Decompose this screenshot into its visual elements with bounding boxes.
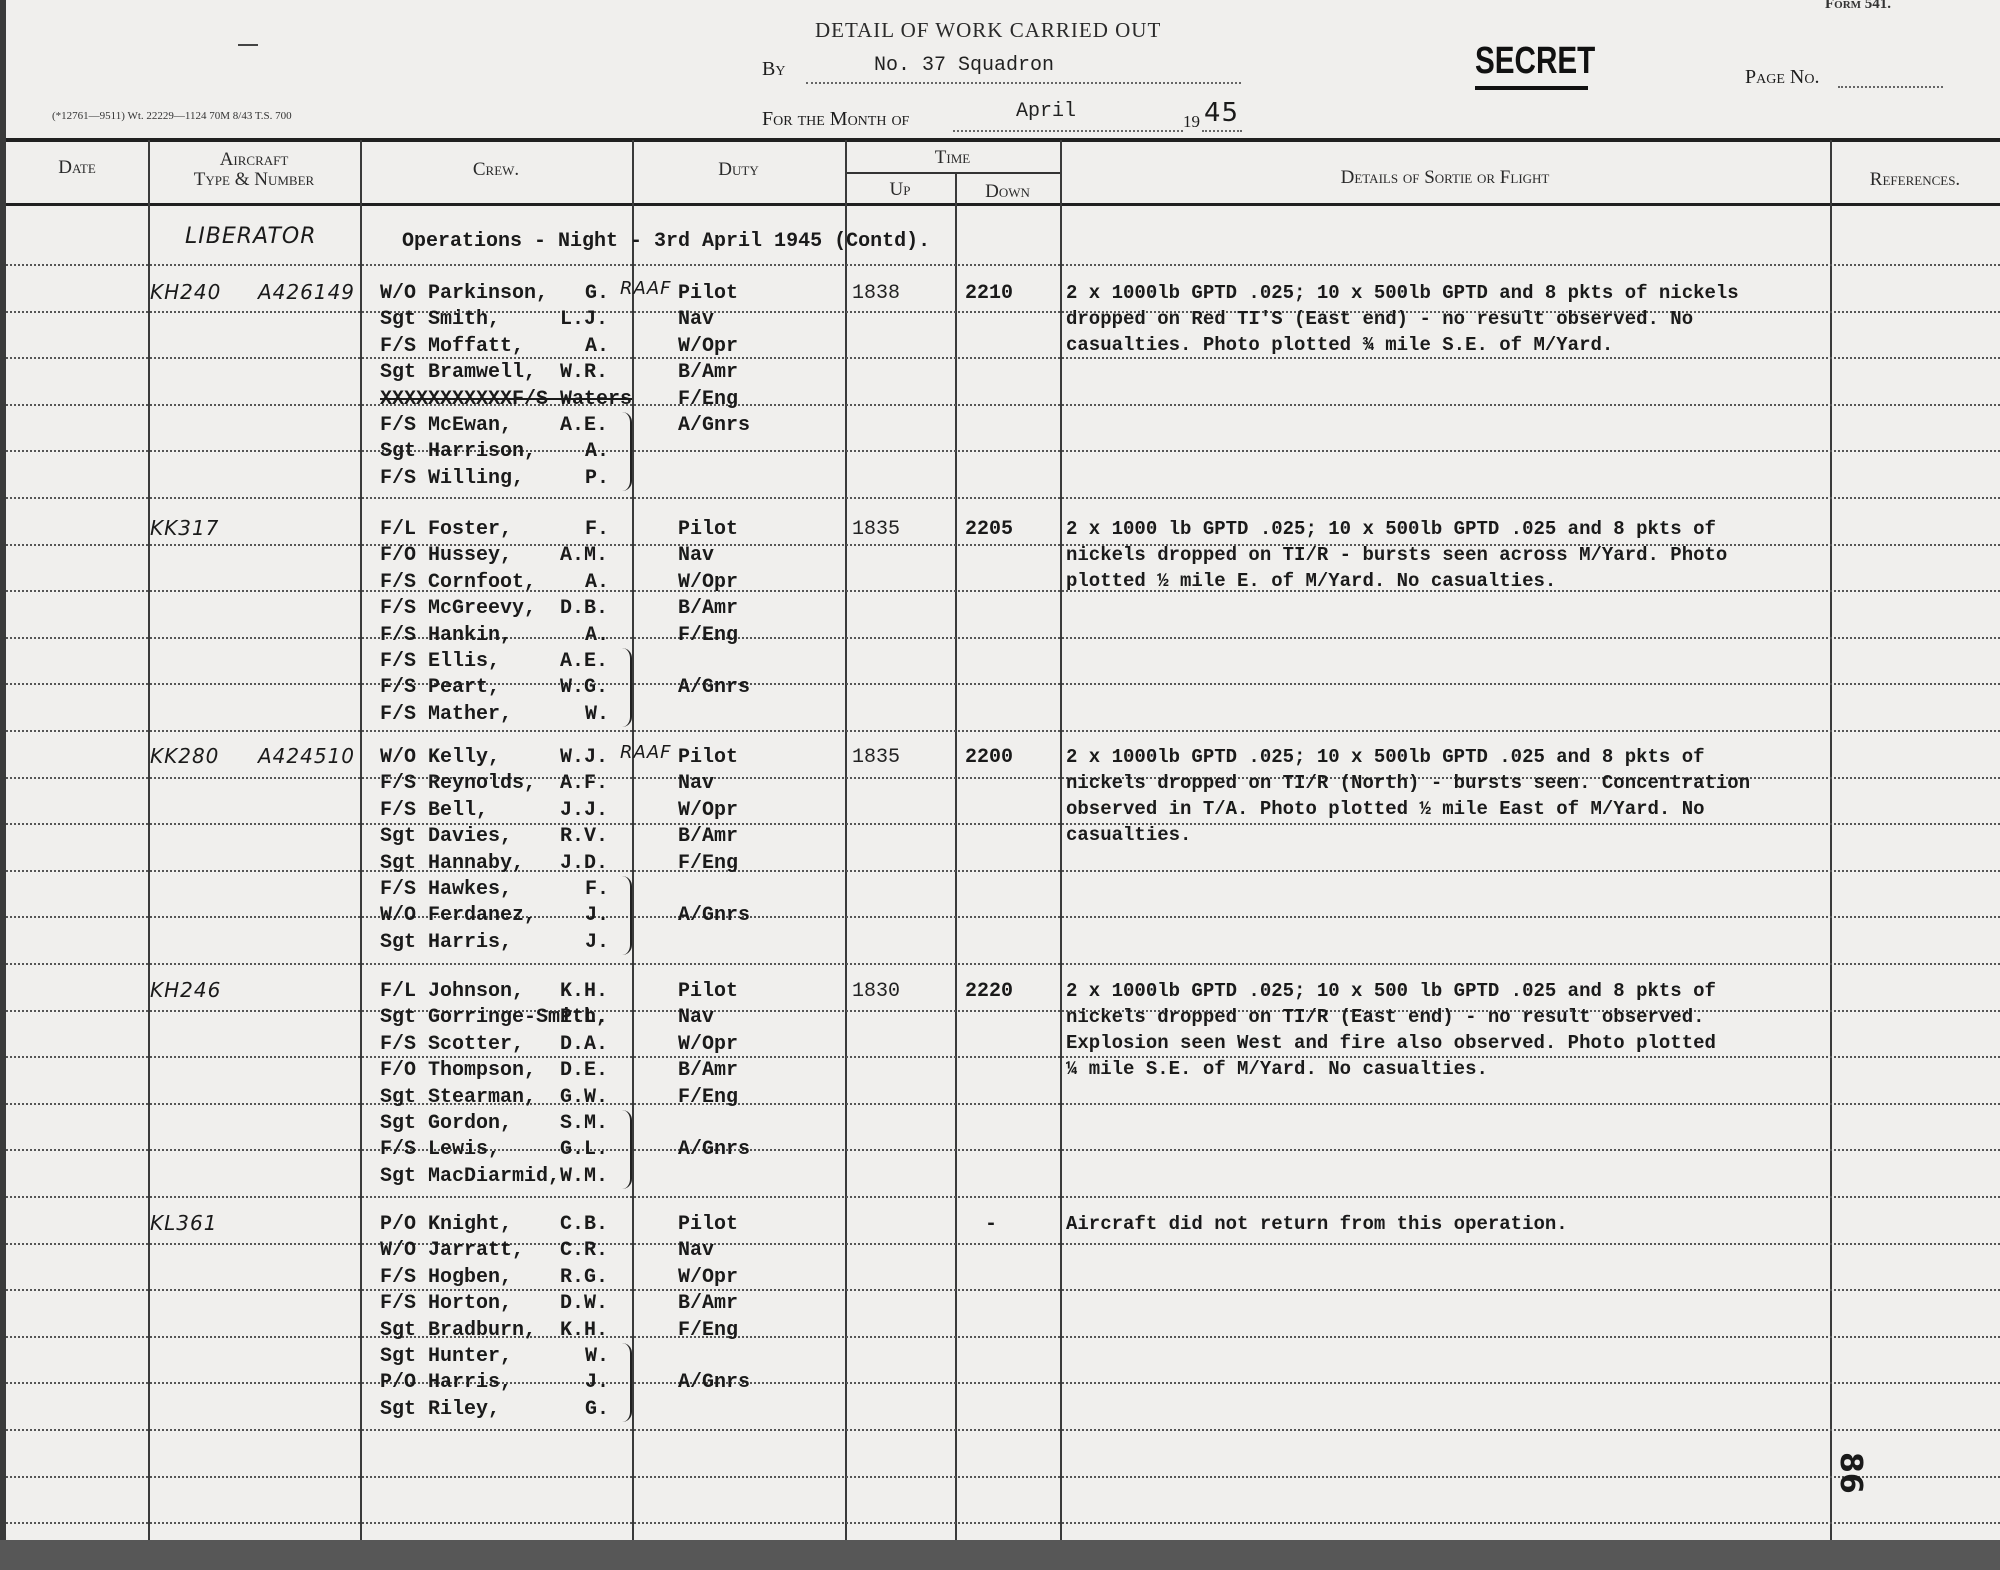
ruled-line	[6, 311, 2000, 313]
crew-name-text: F/S Hankin,	[380, 624, 512, 647]
col-divider-duty	[845, 140, 847, 1540]
crew-name-text: Sgt Riley,	[380, 1398, 500, 1421]
sortie-detail-line: 2 x 1000lb GPTD .025; 10 x 500lb GPTD an…	[1066, 282, 1739, 304]
crew-name-text: Sgt Hannaby,	[380, 852, 524, 875]
crew-name-text: F/L Johnson,	[380, 980, 524, 1003]
crew-member-name: Sgt Smith,	[380, 308, 500, 331]
ruled-line	[6, 823, 2000, 825]
col-divider-aircraft	[360, 140, 362, 1540]
crew-member-name: F/S Bell,	[380, 799, 488, 822]
table-top-rule	[6, 138, 2000, 142]
aircraft-number: KK280	[150, 744, 219, 768]
crew-duty: Nav	[678, 544, 714, 567]
crew-member-name: F/S McEwan,	[380, 414, 512, 437]
crew-initials: D.W.	[560, 1292, 608, 1315]
crew-name-text: F/O Thompson,	[380, 1059, 536, 1082]
crew-initials: A.F.	[560, 772, 608, 795]
crew-member-name: F/S Mather,	[380, 703, 512, 726]
crew-member-name: Sgt Riley,	[380, 1398, 500, 1421]
crew-duty: F/Eng	[678, 388, 738, 411]
crew-duty: A/Gnrs	[678, 676, 750, 699]
crew-name-text: F/S Scotter,	[380, 1033, 524, 1056]
crew-member-name: XXXXXXXXXXXF/S Waters	[380, 388, 632, 411]
sortie-detail-line: Aircraft did not return from this operat…	[1066, 1213, 1568, 1235]
time-up: 1830	[852, 980, 900, 1003]
crew-initials: G.	[585, 1398, 609, 1421]
crew-initials: G.L.	[560, 1138, 608, 1161]
folio-stamp: 86	[1833, 1452, 1868, 1494]
year-prefix: 19	[1183, 112, 1200, 132]
sortie-detail-line: nickels dropped on TI/R - bursts seen ac…	[1066, 544, 1727, 566]
unit-field: No. 37 Squadron	[806, 52, 1241, 84]
sortie-detail-line: dropped on Red TI'S (East end) - no resu…	[1066, 308, 1693, 330]
crew-initials: J.	[585, 1371, 609, 1394]
crew-initials: C.B.	[560, 1213, 608, 1236]
crew-member-name: Sgt Harris,	[380, 931, 512, 954]
crew-duty: F/Eng	[678, 624, 738, 647]
sortie-detail-line: nickels dropped on TI/R (East end) - no …	[1066, 1006, 1705, 1028]
crew-duty: A/Gnrs	[678, 1371, 750, 1394]
col-divider-details	[1830, 140, 1832, 1540]
crew-duty: B/Amr	[678, 1059, 738, 1082]
crew-duty: Pilot	[678, 746, 738, 769]
crew-initials: A.	[585, 624, 609, 647]
ruled-line	[6, 1103, 2000, 1105]
time-up: 1835	[852, 746, 900, 769]
column-header-down: Down	[955, 182, 1060, 202]
ruled-line	[6, 916, 2000, 918]
column-header-duty: Duty	[632, 160, 845, 180]
crew-member-name: F/S Hankin,	[380, 624, 512, 647]
sortie-detail-line: observed in T/A. Photo plotted ½ mile Ea…	[1066, 798, 1705, 820]
crew-member-name: F/S McGreevy,	[380, 597, 536, 620]
crew-name-text: F/S Reynolds,	[380, 772, 536, 795]
crew-duty: W/Opr	[678, 1266, 738, 1289]
month-field: April	[953, 100, 1183, 132]
unit-value: No. 37 Squadron	[874, 54, 1054, 77]
crew-duty: F/Eng	[678, 852, 738, 875]
crew-name-text: F/S McGreevy,	[380, 597, 536, 620]
crew-member-name: F/S Hogben,	[380, 1266, 512, 1289]
aircraft-number: KL361	[150, 1211, 217, 1235]
crew-name-text: F/S Lewis,	[380, 1138, 500, 1161]
ruled-line	[6, 264, 2000, 266]
column-header-crew: Crew.	[360, 160, 632, 180]
col-divider-crew	[632, 140, 634, 1540]
crew-initials: K.H.	[560, 980, 608, 1003]
ruled-line	[6, 1336, 2000, 1338]
crew-name-text: W/O Kelly,	[380, 746, 500, 769]
ruled-line	[6, 590, 2000, 592]
ruled-line	[6, 870, 2000, 872]
document-title: DETAIL OF WORK CARRIED OUT	[815, 18, 1161, 43]
crew-member-name: Sgt Bradburn,	[380, 1319, 536, 1342]
page-number-label: Page No.	[1745, 66, 1819, 89]
crew-initials: W.R.	[560, 361, 608, 384]
crew-name-text: F/L Foster,	[380, 518, 512, 541]
crew-duty: B/Amr	[678, 597, 738, 620]
crew-name-text: Sgt Stearman,	[380, 1086, 536, 1109]
crew-member-name: Sgt Davies,	[380, 825, 512, 848]
crew-member-name: W/O Kelly,	[380, 746, 500, 769]
crew-name-text: Sgt Bramwell,	[380, 361, 536, 384]
ruled-line	[6, 637, 2000, 639]
crew-member-name: Sgt MacDiarmid,	[380, 1165, 560, 1188]
ruled-line	[6, 450, 2000, 452]
time-down: -	[985, 1213, 997, 1236]
crew-member-name: F/S Reynolds,	[380, 772, 536, 795]
crew-initials: W.M.	[560, 1165, 608, 1188]
crew-initials: W.J.	[560, 746, 608, 769]
secret-underline	[1475, 86, 1588, 90]
gunners-brace	[622, 412, 632, 491]
crew-initials: R.G.	[560, 1266, 608, 1289]
crew-initials: A.E.	[560, 650, 608, 673]
crew-name-text: F/S Moffatt,	[380, 335, 524, 358]
crew-initials: D.E.	[560, 1059, 608, 1082]
crew-member-name: Sgt Hunter,	[380, 1345, 512, 1368]
crew-duty: B/Amr	[678, 361, 738, 384]
crew-name-text: F/S Hawkes,	[380, 878, 512, 901]
aircraft-number: KH240	[150, 280, 221, 304]
crew-initials: R.V.	[560, 825, 608, 848]
crew-member-name: F/S Willing,	[380, 467, 524, 490]
sortie-detail-line: casualties. Photo plotted ¾ mile S.E. of…	[1066, 334, 1613, 356]
crew-member-name: Sgt Hannaby,	[380, 852, 524, 875]
crew-duty: Pilot	[678, 282, 738, 305]
crew-name-text: F/O Hussey,	[380, 544, 512, 567]
ruled-line	[6, 1429, 2000, 1431]
crew-member-name: W/O Jarratt,	[380, 1239, 524, 1262]
crew-duty: W/Opr	[678, 335, 738, 358]
crew-initials: W.	[585, 1345, 609, 1368]
crew-note: RAAF	[620, 742, 672, 763]
crew-initials: A.E.	[560, 414, 608, 437]
crew-initials: A.M.	[560, 544, 608, 567]
crew-initials: J.	[585, 904, 609, 927]
crew-initials: K.H.	[560, 1319, 608, 1342]
ruled-line	[6, 1476, 2000, 1478]
crew-name-text: F/S Cornfoot,	[380, 571, 536, 594]
ruled-line	[6, 1289, 2000, 1291]
crew-name-text: Sgt Hunter,	[380, 1345, 512, 1368]
crew-initials: F.	[585, 518, 609, 541]
time-up: 1838	[852, 282, 900, 305]
col-divider-date	[148, 140, 150, 1540]
time-down: 2205	[965, 518, 1013, 541]
crew-duty: Nav	[678, 308, 714, 331]
ruled-line	[6, 1149, 2000, 1151]
crew-member-name: F/S Cornfoot,	[380, 571, 536, 594]
ruled-line	[6, 1522, 2000, 1524]
crew-member-name: F/O Hussey,	[380, 544, 512, 567]
crew-member-name: F/S Ellis,	[380, 650, 500, 673]
crew-initials: S.M.	[560, 1112, 608, 1135]
gunners-brace	[622, 1343, 632, 1422]
time-up: 1835	[852, 518, 900, 541]
crew-duty: F/Eng	[678, 1086, 738, 1109]
crew-member-name: F/S Horton,	[380, 1292, 512, 1315]
crew-name-text: Sgt Bradburn,	[380, 1319, 536, 1342]
crew-initials: W.	[585, 703, 609, 726]
crew-duty: Pilot	[678, 518, 738, 541]
crew-duty: A/Gnrs	[678, 414, 750, 437]
sortie-detail-line: casualties.	[1066, 824, 1191, 846]
ruled-line	[6, 1196, 2000, 1198]
crew-initials: J.J.	[560, 799, 608, 822]
gunners-brace	[622, 648, 632, 727]
ruled-line	[6, 963, 2000, 965]
crew-name-text: F/S Willing,	[380, 467, 524, 490]
form-number: Form 541.	[1825, 0, 1891, 13]
crew-name-text: P/O Harris,	[380, 1371, 512, 1394]
crew-initials: J.D.	[560, 852, 608, 875]
crew-member-name: W/O Ferdanez,	[380, 904, 536, 927]
column-header-aircraft-line1: Aircraft	[148, 150, 360, 170]
crew-initials: D.A.	[560, 1033, 608, 1056]
sortie-detail-line: nickels dropped on TI/R (North) - bursts…	[1066, 772, 1750, 794]
aircraft-type-handwritten: LIBERATOR	[185, 224, 317, 249]
crew-name-text: Sgt Smith,	[380, 308, 500, 331]
year-field: 45	[1202, 100, 1242, 132]
crew-duty: Pilot	[678, 980, 738, 1003]
crew-member-name: Sgt Stearman,	[380, 1086, 536, 1109]
crew-initials: G.	[585, 282, 609, 305]
crew-name-text: F/S Horton,	[380, 1292, 512, 1315]
column-header-references: References.	[1830, 170, 2000, 190]
crew-member-name: F/L Johnson,	[380, 980, 524, 1003]
crew-duty: F/Eng	[678, 1319, 738, 1342]
crew-duty: Pilot	[678, 1213, 738, 1236]
ruled-line	[6, 404, 2000, 406]
crew-duty: B/Amr	[678, 825, 738, 848]
ruled-line	[6, 357, 2000, 359]
crew-duty: Nav	[678, 1239, 714, 1262]
crew-initials: A.	[585, 571, 609, 594]
crew-duty: B/Amr	[678, 1292, 738, 1315]
crew-member-name: F/O Thompson,	[380, 1059, 536, 1082]
crew-name-text: W/O Parkinson,	[380, 282, 548, 305]
page-number-field	[1838, 62, 1943, 88]
ink-mark	[238, 44, 258, 46]
crew-initials: C.R.	[560, 1239, 608, 1262]
crew-member-name: F/S Peart,	[380, 676, 500, 699]
crew-initials: L.J.	[560, 308, 608, 331]
crew-duty: A/Gnrs	[678, 1138, 750, 1161]
crew-member-name: F/L Foster,	[380, 518, 512, 541]
sortie-detail-line: Explosion seen West and fire also observ…	[1066, 1032, 1716, 1054]
service-number: A426149	[258, 280, 355, 304]
print-code: (*12761—9511) Wt. 22229—1124 70M 8/43 T.…	[52, 110, 292, 122]
month-label: For the Month of	[762, 108, 909, 131]
ruled-line	[6, 730, 2000, 732]
crew-duty: W/Opr	[678, 799, 738, 822]
crew-initials: W.G.	[560, 676, 608, 699]
column-header-time: Time	[845, 148, 1060, 168]
column-header-details: Details of Sortie or Flight	[1060, 168, 1830, 188]
crew-name-text: F/S Bell,	[380, 799, 488, 822]
crew-name-text: Sgt Harrison,	[380, 440, 536, 463]
service-number: A424510	[258, 744, 355, 768]
crew-member-name: Sgt Harrison,	[380, 440, 536, 463]
month-value: April	[1016, 100, 1076, 123]
crew-name-text: Sgt Gordon,	[380, 1112, 512, 1135]
crew-name-text: F/S Mather,	[380, 703, 512, 726]
gunners-brace	[622, 1110, 632, 1189]
crew-member-name: Sgt Bramwell,	[380, 361, 536, 384]
sortie-detail-line: 2 x 1000lb GPTD .025; 10 x 500lb GPTD .0…	[1066, 746, 1705, 768]
crew-member-name: W/O Parkinson,	[380, 282, 548, 305]
crew-name-text: W/O Jarratt,	[380, 1239, 524, 1262]
crew-name-text: Sgt Harris,	[380, 931, 512, 954]
col-divider-down	[1060, 140, 1062, 1540]
crew-initials: G.W.	[560, 1086, 608, 1109]
crew-initials: J.	[585, 931, 609, 954]
by-label: By	[762, 58, 785, 81]
crew-initials: F.	[585, 878, 609, 901]
crew-member-name: P/O Knight,	[380, 1213, 512, 1236]
crew-member-name: F/S Lewis,	[380, 1138, 500, 1161]
crew-member-name: F/S Moffatt,	[380, 335, 524, 358]
gunners-brace	[622, 876, 632, 955]
crew-name-text: F/S Hogben,	[380, 1266, 512, 1289]
column-header-aircraft: Aircraft Type & Number	[148, 150, 360, 190]
crew-initials: P.L.	[560, 1006, 608, 1029]
crew-member-name: F/S Hawkes,	[380, 878, 512, 901]
ruled-line	[6, 683, 2000, 685]
time-down: 2210	[965, 282, 1013, 305]
crew-name-text: P/O Knight,	[380, 1213, 512, 1236]
crew-duty: Nav	[678, 1006, 714, 1029]
year-value: 45	[1204, 98, 1239, 128]
operation-heading: Operations - Night - 3rd April 1945 (Con…	[402, 230, 930, 253]
aircraft-number: KK317	[150, 516, 219, 540]
header-bottom-rule	[6, 203, 2000, 206]
crew-name-text: W/O Ferdanez,	[380, 904, 536, 927]
aircraft-number: KH246	[150, 978, 221, 1002]
crew-initials: A.	[585, 335, 609, 358]
crew-name-text: F/S McEwan,	[380, 414, 512, 437]
crew-member-name: Sgt Gordon,	[380, 1112, 512, 1135]
sortie-detail-line: ¼ mile S.E. of M/Yard. No casualties.	[1066, 1058, 1488, 1080]
time-down: 2220	[965, 980, 1013, 1003]
crew-name-text: F/S Ellis,	[380, 650, 500, 673]
column-header-up: Up	[845, 180, 955, 200]
sortie-detail-line: 2 x 1000lb GPTD .025; 10 x 500 lb GPTD .…	[1066, 980, 1716, 1002]
sortie-detail-line: 2 x 1000 lb GPTD .025; 10 x 500lb GPTD .…	[1066, 518, 1716, 540]
column-header-date: Date	[6, 158, 148, 178]
crew-duty: W/Opr	[678, 571, 738, 594]
crew-initials: P.	[585, 467, 609, 490]
ruled-line	[6, 1056, 2000, 1058]
ruled-line	[6, 1243, 2000, 1245]
sortie-detail-line: plotted ½ mile E. of M/Yard. No casualti…	[1066, 570, 1556, 592]
time-down: 2200	[965, 746, 1013, 769]
ruled-line	[6, 1382, 2000, 1384]
crew-duty: Nav	[678, 772, 714, 795]
classification-secret: SECRET	[1475, 40, 1595, 83]
crew-initials: D.B.	[560, 597, 608, 620]
crew-name-text: Sgt MacDiarmid,	[380, 1165, 560, 1188]
crew-member-name: F/S Scotter,	[380, 1033, 524, 1056]
crew-note: RAAF	[620, 278, 672, 299]
crew-name-text: Sgt Davies,	[380, 825, 512, 848]
crew-duty: A/Gnrs	[678, 904, 750, 927]
time-subheader-rule	[845, 172, 1060, 174]
crew-member-name: P/O Harris,	[380, 1371, 512, 1394]
crew-duty: W/Opr	[678, 1033, 738, 1056]
crew-name-text: XXXXXXXXXXXF/S Waters	[380, 388, 632, 411]
scan-background-strip	[0, 1540, 2000, 1570]
ruled-line	[6, 497, 2000, 499]
crew-name-text: F/S Peart,	[380, 676, 500, 699]
crew-initials: A.	[585, 440, 609, 463]
column-header-aircraft-line2: Type & Number	[148, 170, 360, 190]
